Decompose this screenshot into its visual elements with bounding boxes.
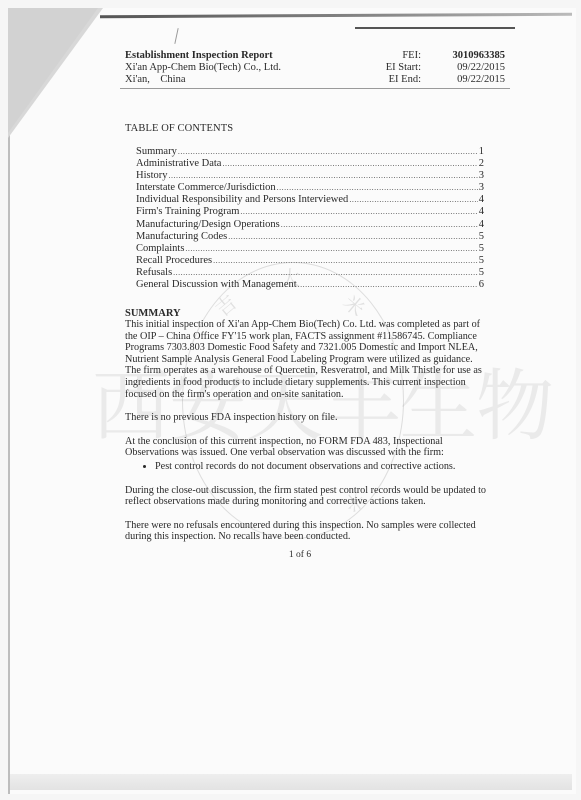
toc-leader-dots: [349, 194, 477, 206]
toc-item-label: History: [136, 170, 168, 182]
toc-item-label: Individual Responsibility and Persons In…: [136, 194, 348, 206]
toc-item-label: Complaints: [136, 243, 184, 255]
document-page: Establishment Inspection Report Xi'an Ap…: [0, 0, 581, 800]
summary-paragraph-2: There is no previous FDA inspection hist…: [125, 412, 490, 424]
toc-item-page: 4: [479, 206, 484, 218]
toc-item-refusals[interactable]: Refusals5: [136, 267, 484, 279]
toc-item-complaints[interactable]: Complaints5: [136, 243, 484, 255]
toc-item-label: Summary: [136, 146, 177, 158]
toc-item-manufacturing-codes[interactable]: Manufacturing Codes5: [136, 231, 484, 243]
toc-item-page: 1: [479, 146, 484, 158]
ei-end-value: 09/22/2015: [430, 74, 505, 86]
toc-leader-dots: [173, 267, 478, 279]
toc-item-page: 5: [479, 243, 484, 255]
toc-item-individual-responsibility[interactable]: Individual Responsibility and Persons In…: [136, 194, 484, 206]
toc-leader-dots: [240, 206, 477, 218]
summary-section: SUMMARY This initial inspection of Xi'an…: [125, 308, 490, 555]
toc-title: TABLE OF CONTENTS: [125, 123, 233, 134]
toc-item-history[interactable]: History3: [136, 170, 484, 182]
summary-paragraph-4: During the close-out discussion, the fir…: [125, 485, 490, 508]
header-divider: [120, 88, 510, 89]
toc-leader-dots: [277, 182, 478, 194]
toc-item-label: Refusals: [136, 267, 172, 279]
toc-item-label: Manufacturing/Design Operations: [136, 219, 280, 231]
observation-list: Pest control records do not document obs…: [125, 461, 490, 473]
toc-item-page: 6: [479, 279, 484, 291]
summary-paragraph-5: There were no refusals encountered durin…: [125, 520, 490, 543]
toc-leader-dots: [228, 231, 477, 243]
toc-leader-dots: [281, 219, 478, 231]
toc-item-page: 5: [479, 255, 484, 267]
observation-item: Pest control records do not document obs…: [155, 461, 490, 473]
toc-leader-dots: [178, 146, 478, 158]
toc-item-page: 4: [479, 219, 484, 231]
fei-label: FEI:: [361, 50, 421, 62]
toc-item-page: 3: [479, 170, 484, 182]
toc-item-label: Administrative Data: [136, 158, 221, 170]
toc-item-page: 5: [479, 267, 484, 279]
toc-item-label: Interstate Commerce/Jurisdiction: [136, 182, 276, 194]
toc-leader-dots: [298, 279, 478, 291]
toc-item-page: 3: [479, 182, 484, 194]
report-header-labels: FEI: EI Start: EI End:: [361, 50, 421, 86]
toc-leader-dots: [213, 255, 478, 267]
toc-item-page: 2: [479, 158, 484, 170]
firm-name: Xi'an App-Chem Bio(Tech) Co., Ltd.: [125, 62, 281, 74]
toc-item-administrative-data[interactable]: Administrative Data2: [136, 158, 484, 170]
toc-item-general-discussion[interactable]: General Discussion with Management6: [136, 279, 484, 291]
table-of-contents: Summary1 Administrative Data2 History3 I…: [136, 146, 484, 291]
ei-start-value: 09/22/2015: [430, 62, 505, 74]
report-header-values: 3010963385 09/22/2015 09/22/2015: [430, 50, 505, 86]
toc-leader-dots: [169, 170, 478, 182]
summary-heading: SUMMARY: [125, 308, 490, 319]
toc-item-interstate-commerce[interactable]: Interstate Commerce/Jurisdiction3: [136, 182, 484, 194]
toc-leader-dots: [185, 243, 477, 255]
toc-item-label: Manufacturing Codes: [136, 231, 227, 243]
toc-item-label: General Discussion with Management: [136, 279, 297, 291]
page-indicator: 1 of 6: [0, 550, 581, 560]
fei-value: 3010963385: [430, 50, 505, 62]
toc-item-label: Recall Procedures: [136, 255, 212, 267]
ei-start-label: EI Start:: [361, 62, 421, 74]
toc-leader-dots: [222, 158, 477, 170]
ei-end-label: EI End:: [361, 74, 421, 86]
summary-paragraph-1: This initial inspection of Xi'an App-Che…: [125, 319, 490, 400]
toc-item-manufacturing-operations[interactable]: Manufacturing/Design Operations4: [136, 219, 484, 231]
toc-item-training-program[interactable]: Firm's Training Program4: [136, 206, 484, 218]
summary-paragraph-3: At the conclusion of this current inspec…: [125, 436, 490, 459]
toc-item-page: 4: [479, 194, 484, 206]
toc-item-label: Firm's Training Program: [136, 206, 239, 218]
toc-item-page: 5: [479, 231, 484, 243]
firm-location: Xi'an, China: [125, 74, 281, 86]
toc-item-summary[interactable]: Summary1: [136, 146, 484, 158]
report-header-left: Establishment Inspection Report Xi'an Ap…: [125, 50, 281, 86]
report-title: Establishment Inspection Report: [125, 50, 281, 62]
toc-item-recall-procedures[interactable]: Recall Procedures5: [136, 255, 484, 267]
